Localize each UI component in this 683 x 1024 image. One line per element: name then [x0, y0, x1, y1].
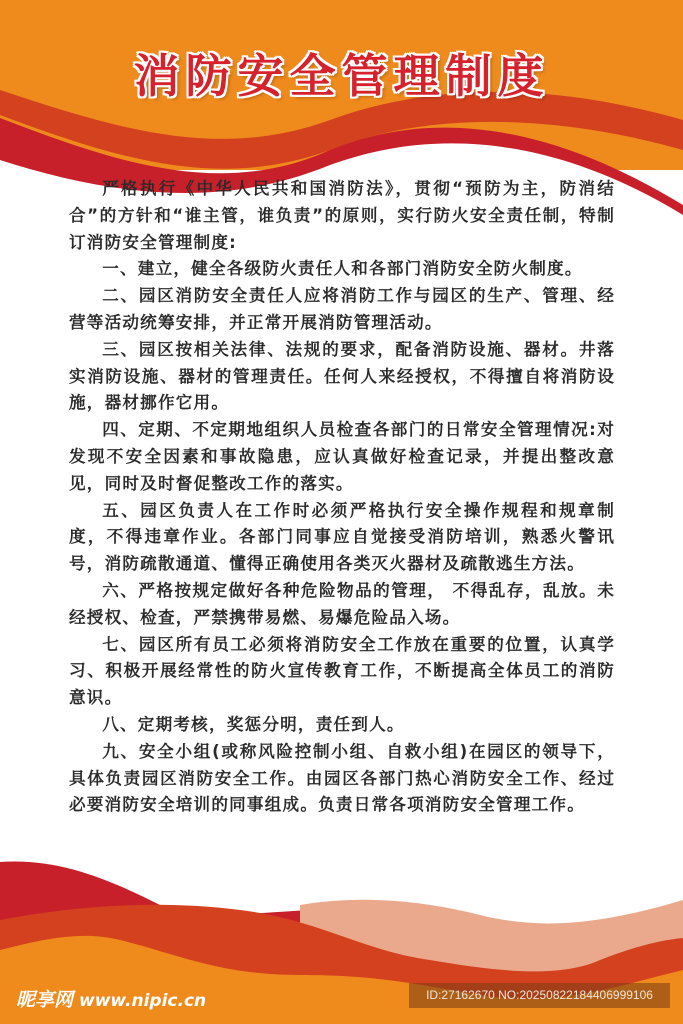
rule-2: 二、园区消防安全责任人应将消防工作与园区的生产、管理、经营等活动统筹安排，并正常…	[69, 283, 615, 337]
intro-paragraph: 严格执行《中华人民共和国消防法》，贯彻“预防为主，防消结合”的方针和“谁主管，谁…	[69, 176, 615, 256]
watermark-logo: 昵享网www.nipic.cn	[16, 985, 206, 1012]
rule-3: 三、园区按相关法律、法规的要求，配备消防设施、器材。井落实消防设施、器材的管理责…	[69, 337, 615, 417]
watermark-id-badge: ID:27162670 NO:20250822184406999106	[409, 983, 670, 1008]
regulation-body: 严格执行《中华人民共和国消防法》，贯彻“预防为主，防消结合”的方针和“谁主管，谁…	[69, 176, 615, 819]
watermark-logo-text: 昵享网	[16, 989, 73, 1011]
rule-1: 一、建立，健全各级防火责任人和各部门消防安全防火制度。	[69, 256, 615, 283]
rule-9: 九、安全小组(或称风险控制小组、自救小组)在园区的领导下，具体负责园区消防安全工…	[69, 739, 615, 819]
rule-7: 七、园区所有员工必须将消防安全工作放在重要的位置，认真学习、积极开展经常性的防火…	[69, 632, 615, 712]
watermark-url: www.nipic.cn	[79, 991, 206, 1011]
rule-4: 四、定期、不定期地组织人员检查各部门的日常安全管理情况:对发现不安全因素和事故隐…	[69, 417, 615, 497]
rule-6: 六、严格按规定做好各种危险物品的管理， 不得乱存，乱放。未经授权、检查，严禁携带…	[69, 578, 615, 632]
poster-title: 消防安全管理制度	[0, 40, 683, 106]
rule-8: 八、定期考核，奖惩分明，责任到人。	[69, 712, 615, 739]
rule-5: 五、园区负责人在工作时必须严格执行安全操作规程和规章制度，不得违章作业。各部门同…	[69, 498, 615, 578]
